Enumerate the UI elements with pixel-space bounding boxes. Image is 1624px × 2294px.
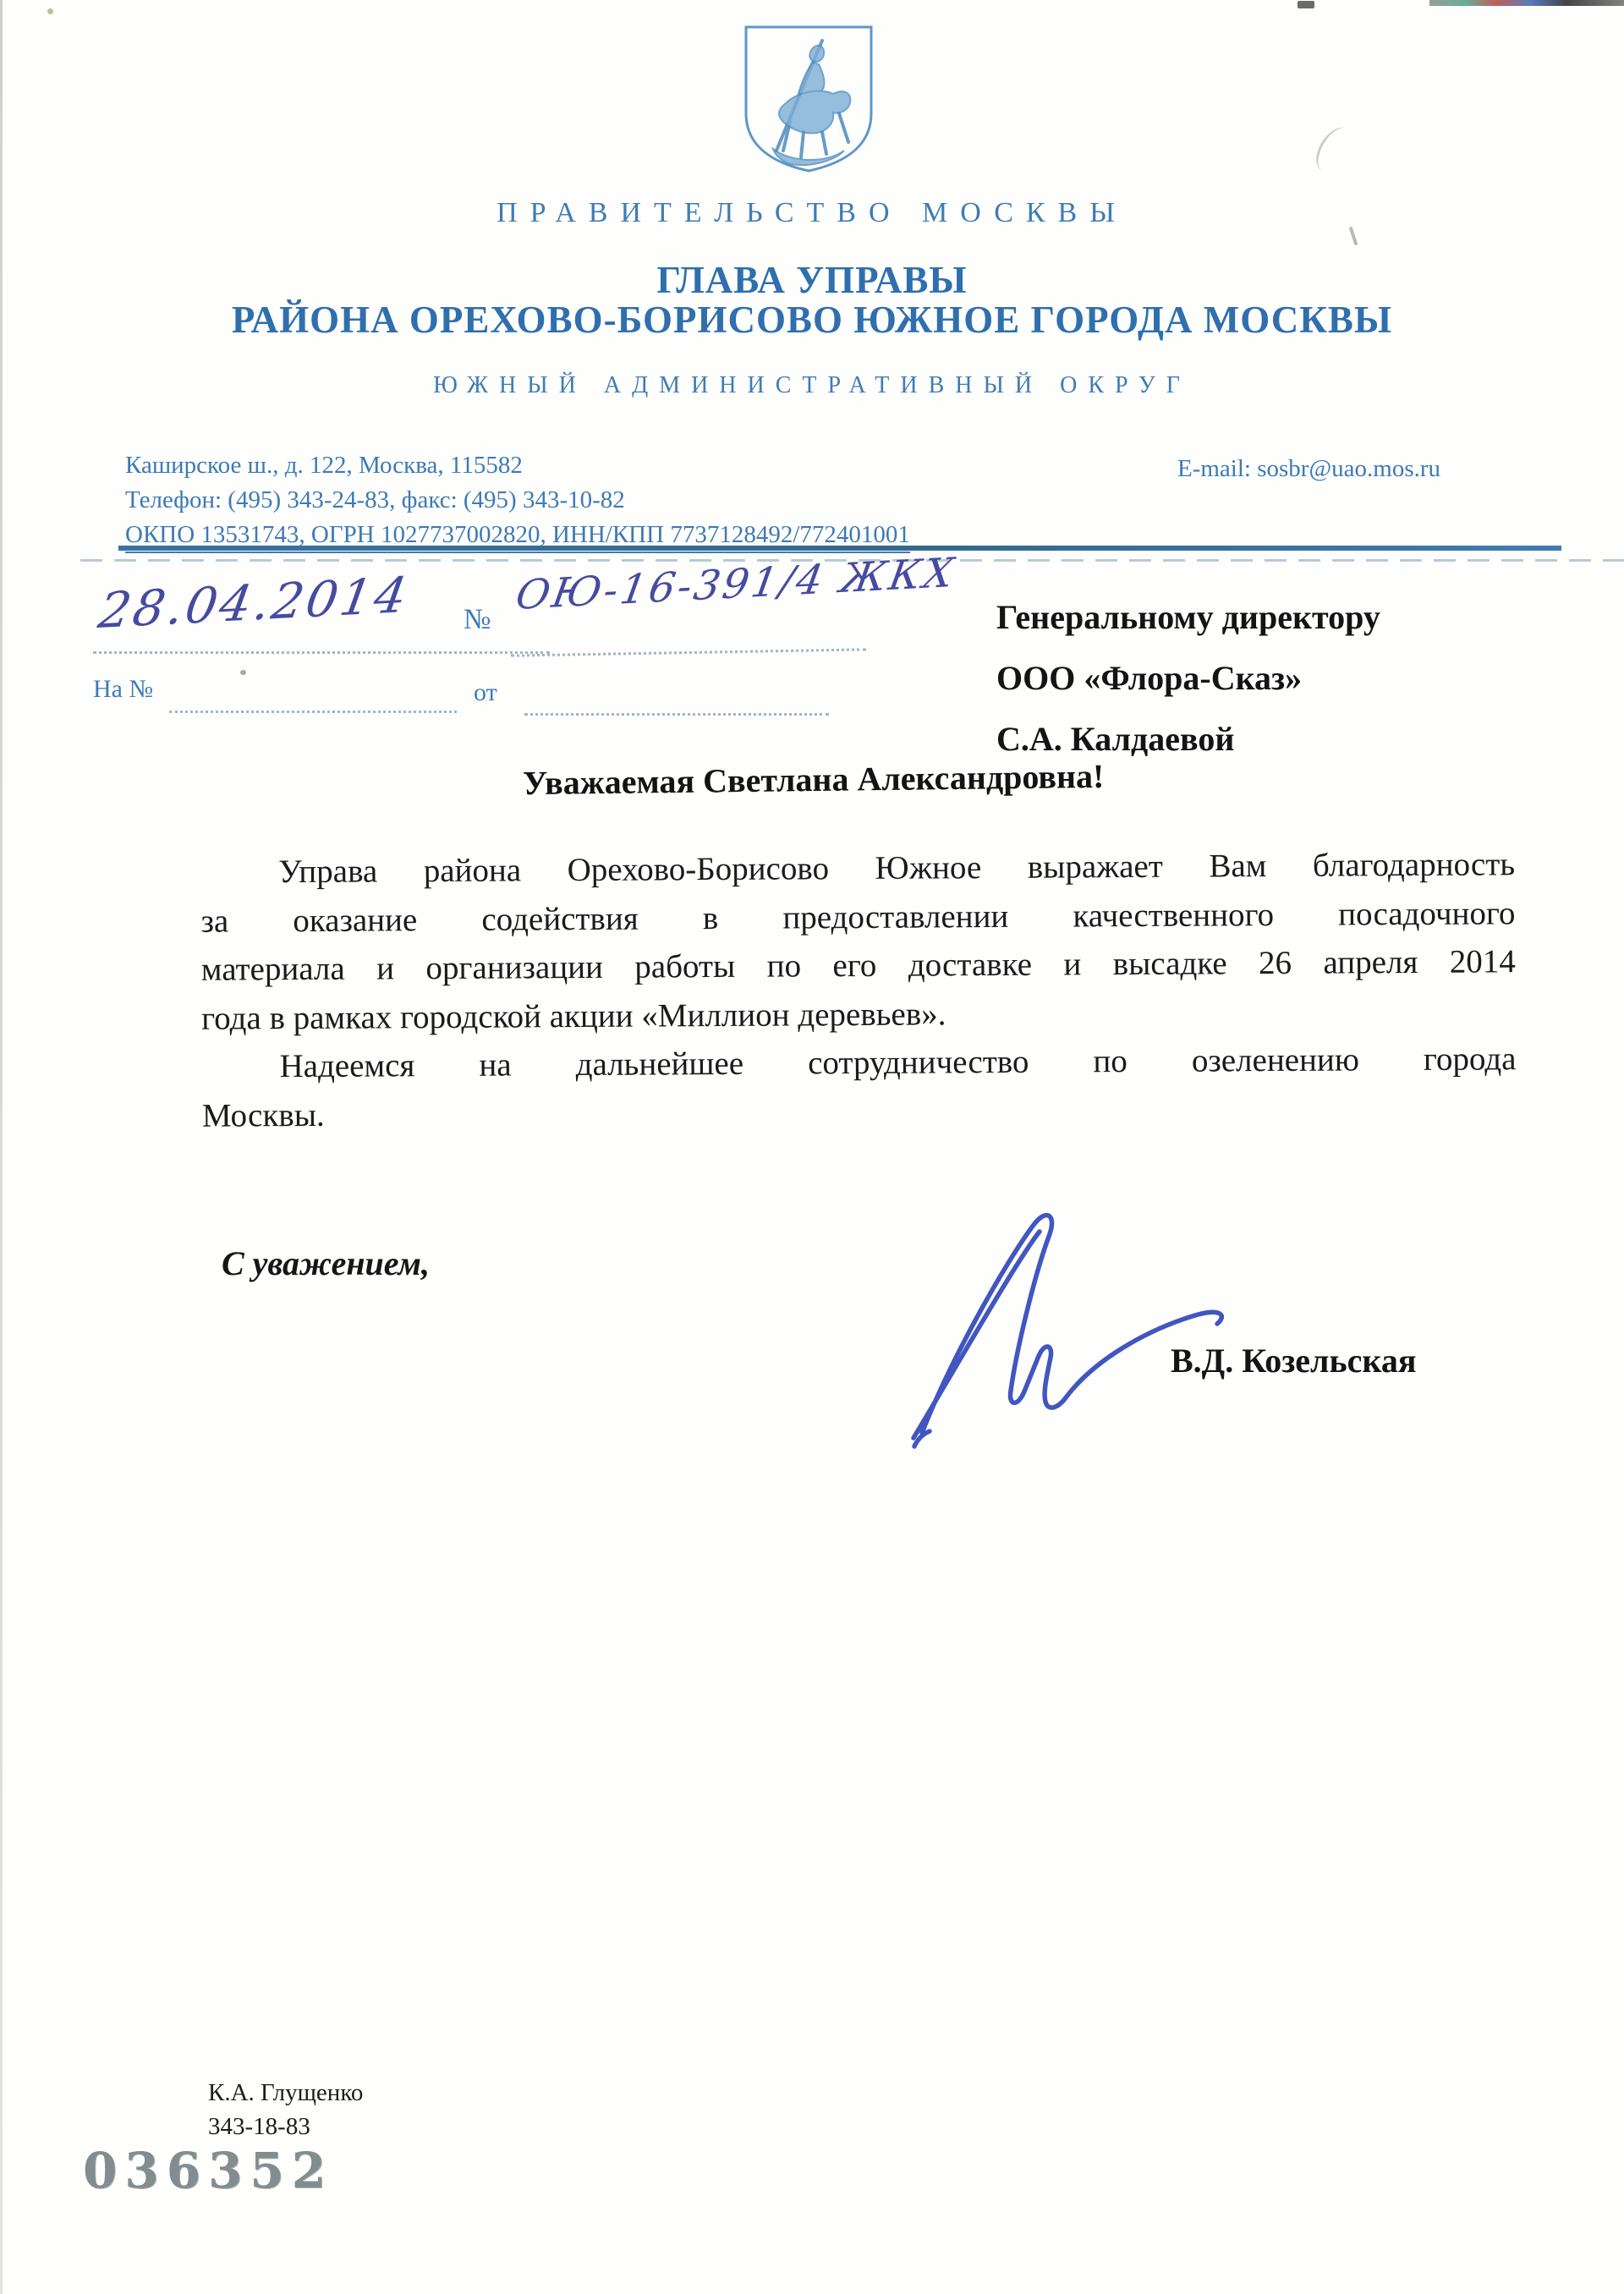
salutation: Уважаемая Светлана Александровна! [523,756,1105,803]
reply-number-underline [169,711,457,713]
executor-phone: 343-18-83 [208,2113,310,2141]
pencil-mark [1311,121,1359,178]
number-underline [511,648,866,656]
body-line: года в рамках городской акции «Миллион д… [201,986,1516,1043]
office-title-line2: РАЙОНА ОРЕХОВО-БОРИСОВО ЮЖНОЕ ГОРОДА МОС… [0,298,1624,342]
reply-from-underline [524,713,829,716]
scanned-letter-page: ПРАВИТЕЛЬСТВО МОСКВЫ ГЛАВА УПРАВЫ РАЙОНА… [0,0,1624,2294]
separator-rule [118,546,1561,551]
executor-name: К.А. Глущенко [208,2079,363,2107]
scan-artifact-speck [47,8,53,14]
body-line: за оказание содействия в предоставлении … [200,889,1515,946]
ink-dot [240,670,246,675]
phone-fax-line: Телефон: (495) 343-24-83, факс: (495) 34… [125,486,625,514]
body-line: Надеемся на дальнейшее сотрудничество по… [201,1034,1516,1091]
recipient-line: Генеральному директору [996,587,1380,648]
date-underline [93,651,550,654]
government-title: ПРАВИТЕЛЬСТВО МОСКВЫ [0,197,1624,229]
recipient-line: ООО «Флора-Сказ» [996,648,1380,709]
scan-edge-shadow [0,0,3,2294]
letter-body: Управа района Орехово-Борисово Южное выр… [200,840,1517,1139]
body-line: материала и организации работы по его до… [201,937,1516,994]
reply-from-label: от [474,678,497,707]
document-number-sign: № [464,604,491,636]
body-line: Москвы. [202,1084,1517,1140]
reply-number-label: На № [93,675,153,704]
scan-artifact-color-strip [1429,0,1624,6]
recipient-block: Генеральному директору ООО «Флора-Сказ» … [996,587,1380,770]
pencil-mark [1349,227,1358,245]
closing-phrase: С уважением, [222,1243,430,1283]
body-line: Управа района Орехово-Борисово Южное выр… [200,840,1515,897]
moscow-coat-of-arms-icon [739,22,878,178]
handwritten-date: 28.04.2014 [95,566,414,639]
signature [890,1177,1255,1462]
district-title: ЮЖНЫЙ АДМИНИСТРАТИВНЫЙ ОКРУГ [0,372,1624,399]
scan-artifact-speck [1298,1,1314,8]
address-line: Каширское ш., д. 122, Москва, 115582 [125,452,523,480]
office-title-line1: ГЛАВА УПРАВЫ [0,258,1624,302]
email-line: E-mail: sosbr@uao.mos.ru [1177,455,1440,483]
stamp-number: 036352 [83,2142,333,2199]
signer-name: В.Д. Козельская [1171,1341,1416,1380]
